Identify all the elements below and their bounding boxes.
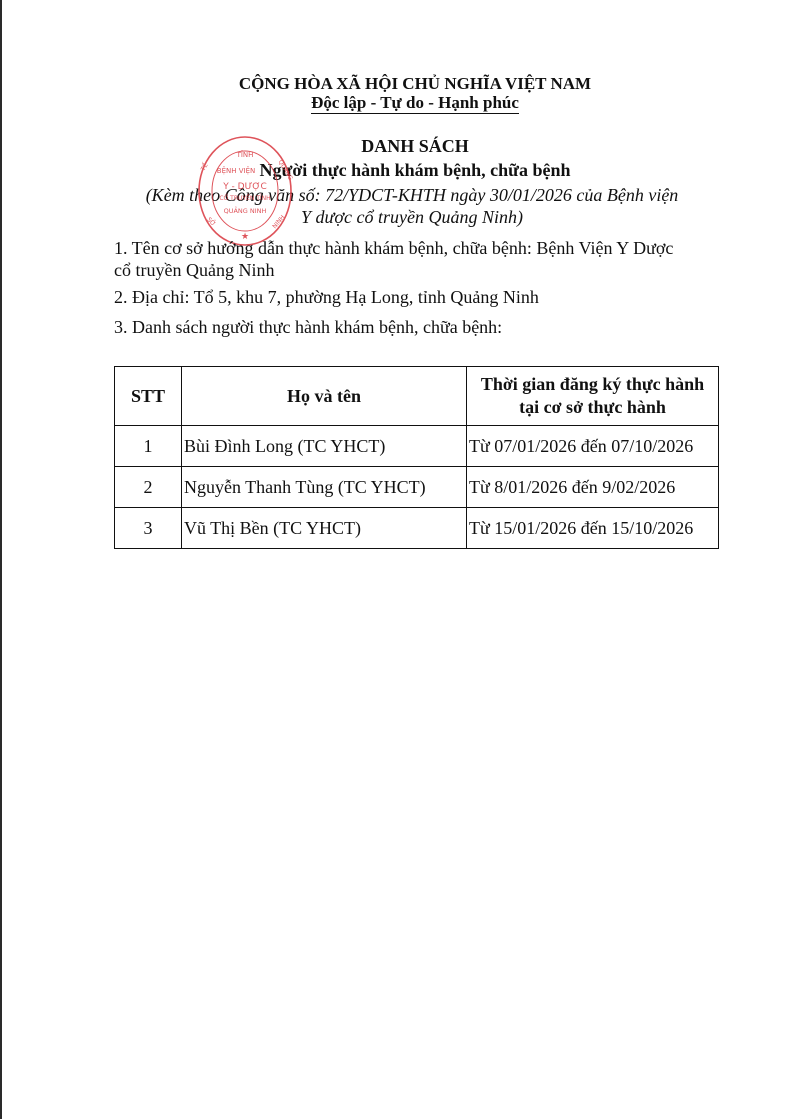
motto-text: Độc lập - Tự do - Hạnh phúc [311,93,519,114]
row-stt: 2 [115,467,182,508]
facility-line-2: cổ truyền Quảng Ninh [114,259,714,281]
header-stt: STT [115,367,182,426]
table-header-row: STT Họ và tên Thời gian đăng ký thực hàn… [115,367,719,426]
document-page: CỘNG HÒA XÃ HỘI CHỦ NGHĨA VIỆT NAM Độc l… [0,0,794,1119]
row-time: Từ 15/01/2026 đến 15/10/2026 [467,508,719,549]
header-name: Họ và tên [182,367,467,426]
row-time: Từ 07/01/2026 đến 07/10/2026 [467,426,719,467]
section-1-facility: 1. Tên cơ sở hướng dẫn thực hành khám bệ… [114,237,714,281]
row-stt: 3 [115,508,182,549]
practitioner-table: STT Họ và tên Thời gian đăng ký thực hàn… [114,366,719,549]
row-stt: 1 [115,426,182,467]
reference-line-2: Y dược cổ truyền Quảng Ninh) [15,206,794,228]
header-time-line-1: Thời gian đăng ký thực hành [469,373,716,396]
reference-line-1: (Kèm theo Công văn số: 72/YDCT-KHTH ngày… [15,184,794,206]
table-row: 2 Nguyễn Thanh Tùng (TC YHCT) Từ 8/01/20… [115,467,719,508]
row-name: Vũ Thị Bền (TC YHCT) [182,508,467,549]
document-title: DANH SÁCH [18,136,794,157]
national-title: CỘNG HÒA XÃ HỘI CHỦ NGHĨA VIỆT NAM [18,74,794,94]
header-time-line-2: tại cơ sở thực hành [469,396,716,419]
document-reference: (Kèm theo Công văn số: 72/YDCT-KHTH ngày… [15,184,794,228]
section-3-list-intro: 3. Danh sách người thực hành khám bệnh, … [114,316,714,338]
table-row: 1 Bùi Đình Long (TC YHCT) Từ 07/01/2026 … [115,426,719,467]
table-row: 3 Vũ Thị Bền (TC YHCT) Từ 15/01/2026 đến… [115,508,719,549]
row-name: Bùi Đình Long (TC YHCT) [182,426,467,467]
row-name: Nguyễn Thanh Tùng (TC YHCT) [182,467,467,508]
header-time: Thời gian đăng ký thực hành tại cơ sở th… [467,367,719,426]
national-motto: Độc lập - Tự do - Hạnh phúc [18,93,794,113]
document-subtitle: Người thực hành khám bệnh, chữa bệnh [18,160,794,181]
section-2-address: 2. Địa chỉ: Tổ 5, khu 7, phường Hạ Long,… [114,286,714,308]
facility-line-1: 1. Tên cơ sở hướng dẫn thực hành khám bệ… [114,237,714,259]
row-time: Từ 8/01/2026 đến 9/02/2026 [467,467,719,508]
